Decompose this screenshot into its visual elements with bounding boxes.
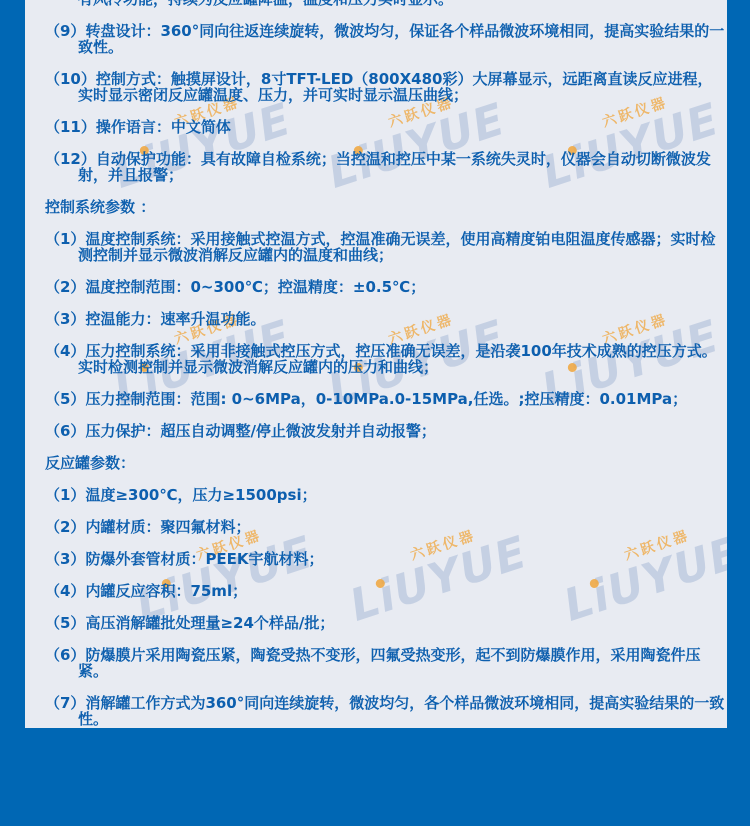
section-heading: 控制系统参数 ： xyxy=(45,199,727,215)
item-text: 压力控制系统：采用非接触式控压方式，控压准确无误差，是沿袭100年技术成熟的控压… xyxy=(78,342,717,376)
item-text: 控温能力：速率升温功能。 xyxy=(85,310,265,328)
spec-item: （2）温度控制范围：0~300℃；控温精度：±0.5℃； xyxy=(45,279,727,295)
item-number: （2） xyxy=(45,518,85,536)
spec-item: （12）自动保护功能：具有故障自检系统；当控温和控压中某一系统失灵时，仪器会自动… xyxy=(45,151,727,183)
item-number: （11） xyxy=(45,118,96,136)
item-text: 温度控制范围：0~300℃；控温精度：±0.5℃； xyxy=(85,278,425,296)
item-number: （4） xyxy=(45,582,85,600)
item-number: （6） xyxy=(45,422,85,440)
spec-item: （1）温度≥300℃，压力≥1500psi； xyxy=(45,487,727,503)
page-background: 六跃仪器LiUYUE六跃仪器LiUYUE六跃仪器LiUYUE六跃仪器LiUYUE… xyxy=(0,0,750,826)
spec-item: （3）控温能力：速率升温功能。 xyxy=(45,311,727,327)
item-text: 消解罐工作方式为360°同向连续旋转，微波均匀，各个样品微波环境相同，提高实验结… xyxy=(78,694,724,728)
item-number: （2） xyxy=(45,278,85,296)
spec-item: （2）内罐材质：聚四氟材料； xyxy=(45,519,727,535)
item-text: 转盘设计：360°同向往返连续旋转，微波均匀，保证各个样品微波环境相同，提高实验… xyxy=(78,22,724,56)
item-text: 高压消解罐批处理量≥24个样品/批； xyxy=(85,614,334,632)
item-text: 防爆外套管材质：PEEK宇航材料； xyxy=(85,550,323,568)
spec-item: （5）高压消解罐批处理量≥24个样品/批； xyxy=(45,615,727,631)
item-text: 温度≥300℃，压力≥1500psi； xyxy=(85,486,316,504)
spec-panel: 六跃仪器LiUYUE六跃仪器LiUYUE六跃仪器LiUYUE六跃仪器LiUYUE… xyxy=(25,0,727,728)
item-text: 防爆膜片采用陶瓷压紧，陶瓷受热不变形，四氟受热变形，起不到防爆膜作用，采用陶瓷件… xyxy=(78,646,700,680)
continuation-line: 有风冷功能，持续为反应罐降温，温度和压力实时显示。 xyxy=(45,0,727,7)
spec-item: （6）防爆膜片采用陶瓷压紧，陶瓷受热不变形，四氟受热变形，起不到防爆膜作用，采用… xyxy=(45,647,727,679)
spec-item: （5）压力控制范围：范围: 0~6MPa，0-10MPa.0-15MPa,任选。… xyxy=(45,391,727,407)
item-text: 温度控制系统：采用接触式控温方式，控温准确无误差，使用高精度铂电阻温度传感器；实… xyxy=(78,230,715,264)
item-number: （3） xyxy=(45,310,85,328)
spec-item: （3）防爆外套管材质：PEEK宇航材料； xyxy=(45,551,727,567)
spec-item: （11）操作语言：中文简体 xyxy=(45,119,727,135)
item-number: （5） xyxy=(45,614,85,632)
section-heading: 反应罐参数： xyxy=(45,455,727,471)
spec-item: （4）压力控制系统：采用非接触式控压方式，控压准确无误差，是沿袭100年技术成熟… xyxy=(45,343,727,375)
item-text: 自动保护功能：具有故障自检系统；当控温和控压中某一系统失灵时，仪器会自动切断微波… xyxy=(78,150,711,184)
item-text: 控制方式：触摸屏设计，8寸TFT-LED（800X480彩）大屏幕显示，远距离直… xyxy=(78,70,713,104)
item-text: 压力控制范围：范围: 0~6MPa，0-10MPa.0-15MPa,任选。;控压… xyxy=(85,390,687,408)
spec-item: （4）内罐反应容积：75ml； xyxy=(45,583,727,599)
item-number: （5） xyxy=(45,390,85,408)
item-text: 压力保护：超压自动调整/停止微波发射并自动报警； xyxy=(85,422,435,440)
item-text: 操作语言：中文简体 xyxy=(96,118,231,136)
spec-item: （10）控制方式：触摸屏设计，8寸TFT-LED（800X480彩）大屏幕显示，… xyxy=(45,71,727,103)
item-number: （1） xyxy=(45,486,85,504)
item-text: 内罐材质：聚四氟材料； xyxy=(85,518,250,536)
item-text: 内罐反应容积：75ml； xyxy=(85,582,247,600)
spec-content: 有风冷功能，持续为反应罐降温，温度和压力实时显示。（9）转盘设计：360°同向往… xyxy=(45,0,727,728)
item-number: （3） xyxy=(45,550,85,568)
spec-item: （9）转盘设计：360°同向往返连续旋转，微波均匀，保证各个样品微波环境相同，提… xyxy=(45,23,727,55)
spec-item: （6）压力保护：超压自动调整/停止微波发射并自动报警； xyxy=(45,423,727,439)
spec-item: （7）消解罐工作方式为360°同向连续旋转，微波均匀，各个样品微波环境相同，提高… xyxy=(45,695,727,727)
spec-item: （1）温度控制系统：采用接触式控温方式，控温准确无误差，使用高精度铂电阻温度传感… xyxy=(45,231,727,263)
